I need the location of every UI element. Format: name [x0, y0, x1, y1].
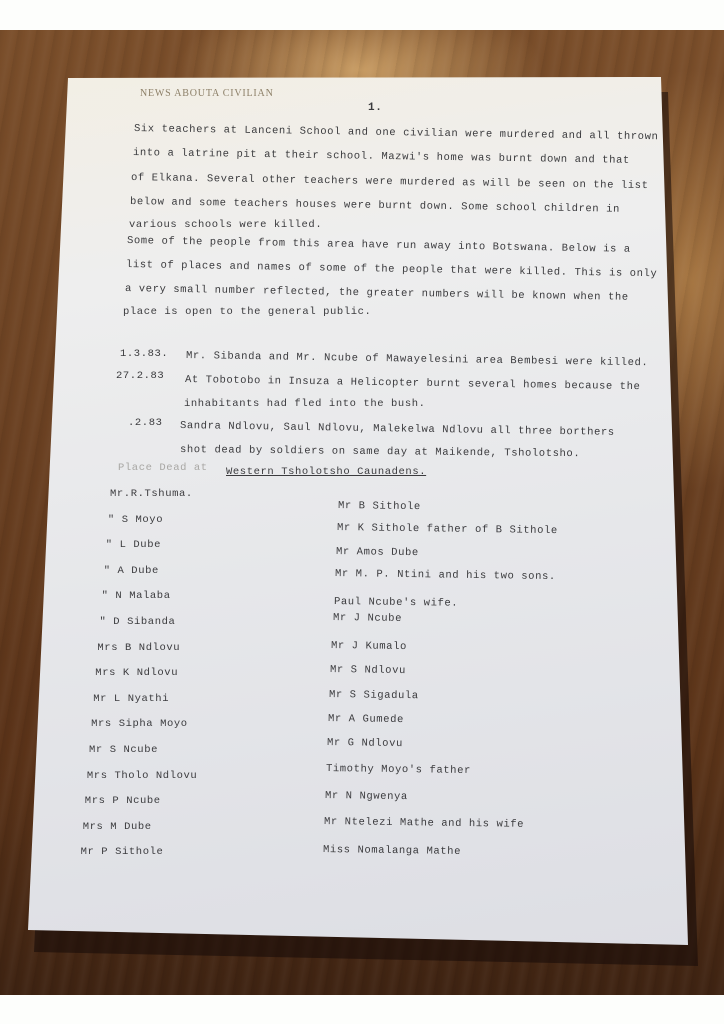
event-text: Mr. Sibanda and Mr. Ncube of Mawayelesin… [186, 350, 649, 369]
event-text: inhabitants had fled into the bush. [184, 398, 426, 410]
victim-name: Mrs M Dube [83, 821, 152, 833]
victim-name: Mr P Sithole [81, 846, 164, 858]
place-heading-prefix: Place Dead at [118, 462, 208, 474]
paragraph-line: Some of the people from this area have r… [127, 235, 631, 256]
victim-name: Miss Nomalanga Mathe [323, 844, 461, 858]
paragraph-line: list of places and names of some of the … [126, 259, 658, 280]
victim-name: Mr.R.Tshuma. [110, 488, 193, 500]
victim-name: Mr K Sithole father of B Sithole [337, 522, 558, 537]
page-header: A CIVILIAN [212, 88, 274, 99]
victim-name: Mr S Ncube [89, 744, 158, 756]
page-content: NEWS ABOUT A CIVILIAN 1. Six teachers at… [0, 30, 724, 995]
page-number: 1. [368, 102, 382, 114]
victim-name: Mr S Ndlovu [330, 664, 406, 677]
victim-name: Mrs K Ndlovu [95, 667, 178, 679]
intro-line: below and some teachers houses were burn… [130, 196, 620, 216]
event-date: .2.83 [128, 417, 163, 429]
victim-name: Mrs Sipha Moyo [91, 718, 188, 730]
document-photo: NEWS ABOUT A CIVILIAN 1. Six teachers at… [0, 30, 724, 995]
victim-name: Timothy Moyo's father [326, 763, 471, 777]
victim-name: Mr Ntelezi Mathe and his wife [324, 816, 524, 831]
victim-name: " D Sibanda [100, 616, 176, 628]
victim-name: Mr M. P. Ntini and his two sons. [335, 568, 556, 583]
victim-name: Mr N Ngwenya [325, 790, 408, 803]
victim-name: Mr B Sithole [338, 500, 421, 513]
victim-name: Mr Amos Dube [336, 546, 419, 559]
victim-name: " A Dube [104, 565, 159, 577]
header-prefix: NEWS ABOUT [140, 88, 213, 99]
victim-name: Mrs P Ncube [85, 795, 161, 807]
event-text: At Tobotobo in Insuza a Helicopter burnt… [185, 374, 641, 393]
event-text: shot dead by soldiers on same day at Mai… [180, 444, 580, 460]
paragraph-line: place is open to the general public. [123, 306, 371, 318]
victim-name: Mr J Kumalo [331, 640, 407, 653]
event-text: Sandra Ndlovu, Saul Ndlovu, Malekelwa Nd… [180, 420, 615, 439]
victim-name: Paul Ncube's wife. [334, 596, 458, 610]
victim-name: Mr L Nyathi [93, 693, 169, 705]
intro-line: into a latrine pit at their school. Mazw… [133, 147, 630, 167]
intro-line: various schools were killed. [129, 219, 322, 231]
victim-name: " L Dube [106, 539, 161, 551]
intro-line: Six teachers at Lanceni School and one c… [134, 123, 659, 143]
place-heading: Western Tsholotsho Caunadens. [226, 466, 426, 478]
victim-name: Mr J Ncube [332, 612, 401, 625]
victim-name: Mrs Tholo Ndlovu [87, 770, 197, 782]
event-date: 1.3.83. [120, 348, 168, 360]
victim-name: " S Moyo [108, 514, 163, 526]
victim-name: Mr S Sigadula [329, 689, 419, 702]
victim-name: Mrs B Ndlovu [97, 642, 180, 654]
victim-name: Mr G Ndlovu [327, 737, 403, 750]
paragraph-line: a very small number reflected, the great… [125, 283, 629, 304]
victim-name: Mr A Gumede [328, 713, 404, 726]
event-date: 27.2.83 [116, 370, 164, 382]
victim-name: " N Malaba [102, 590, 171, 602]
intro-line: of Elkana. Several other teachers were m… [131, 172, 649, 192]
